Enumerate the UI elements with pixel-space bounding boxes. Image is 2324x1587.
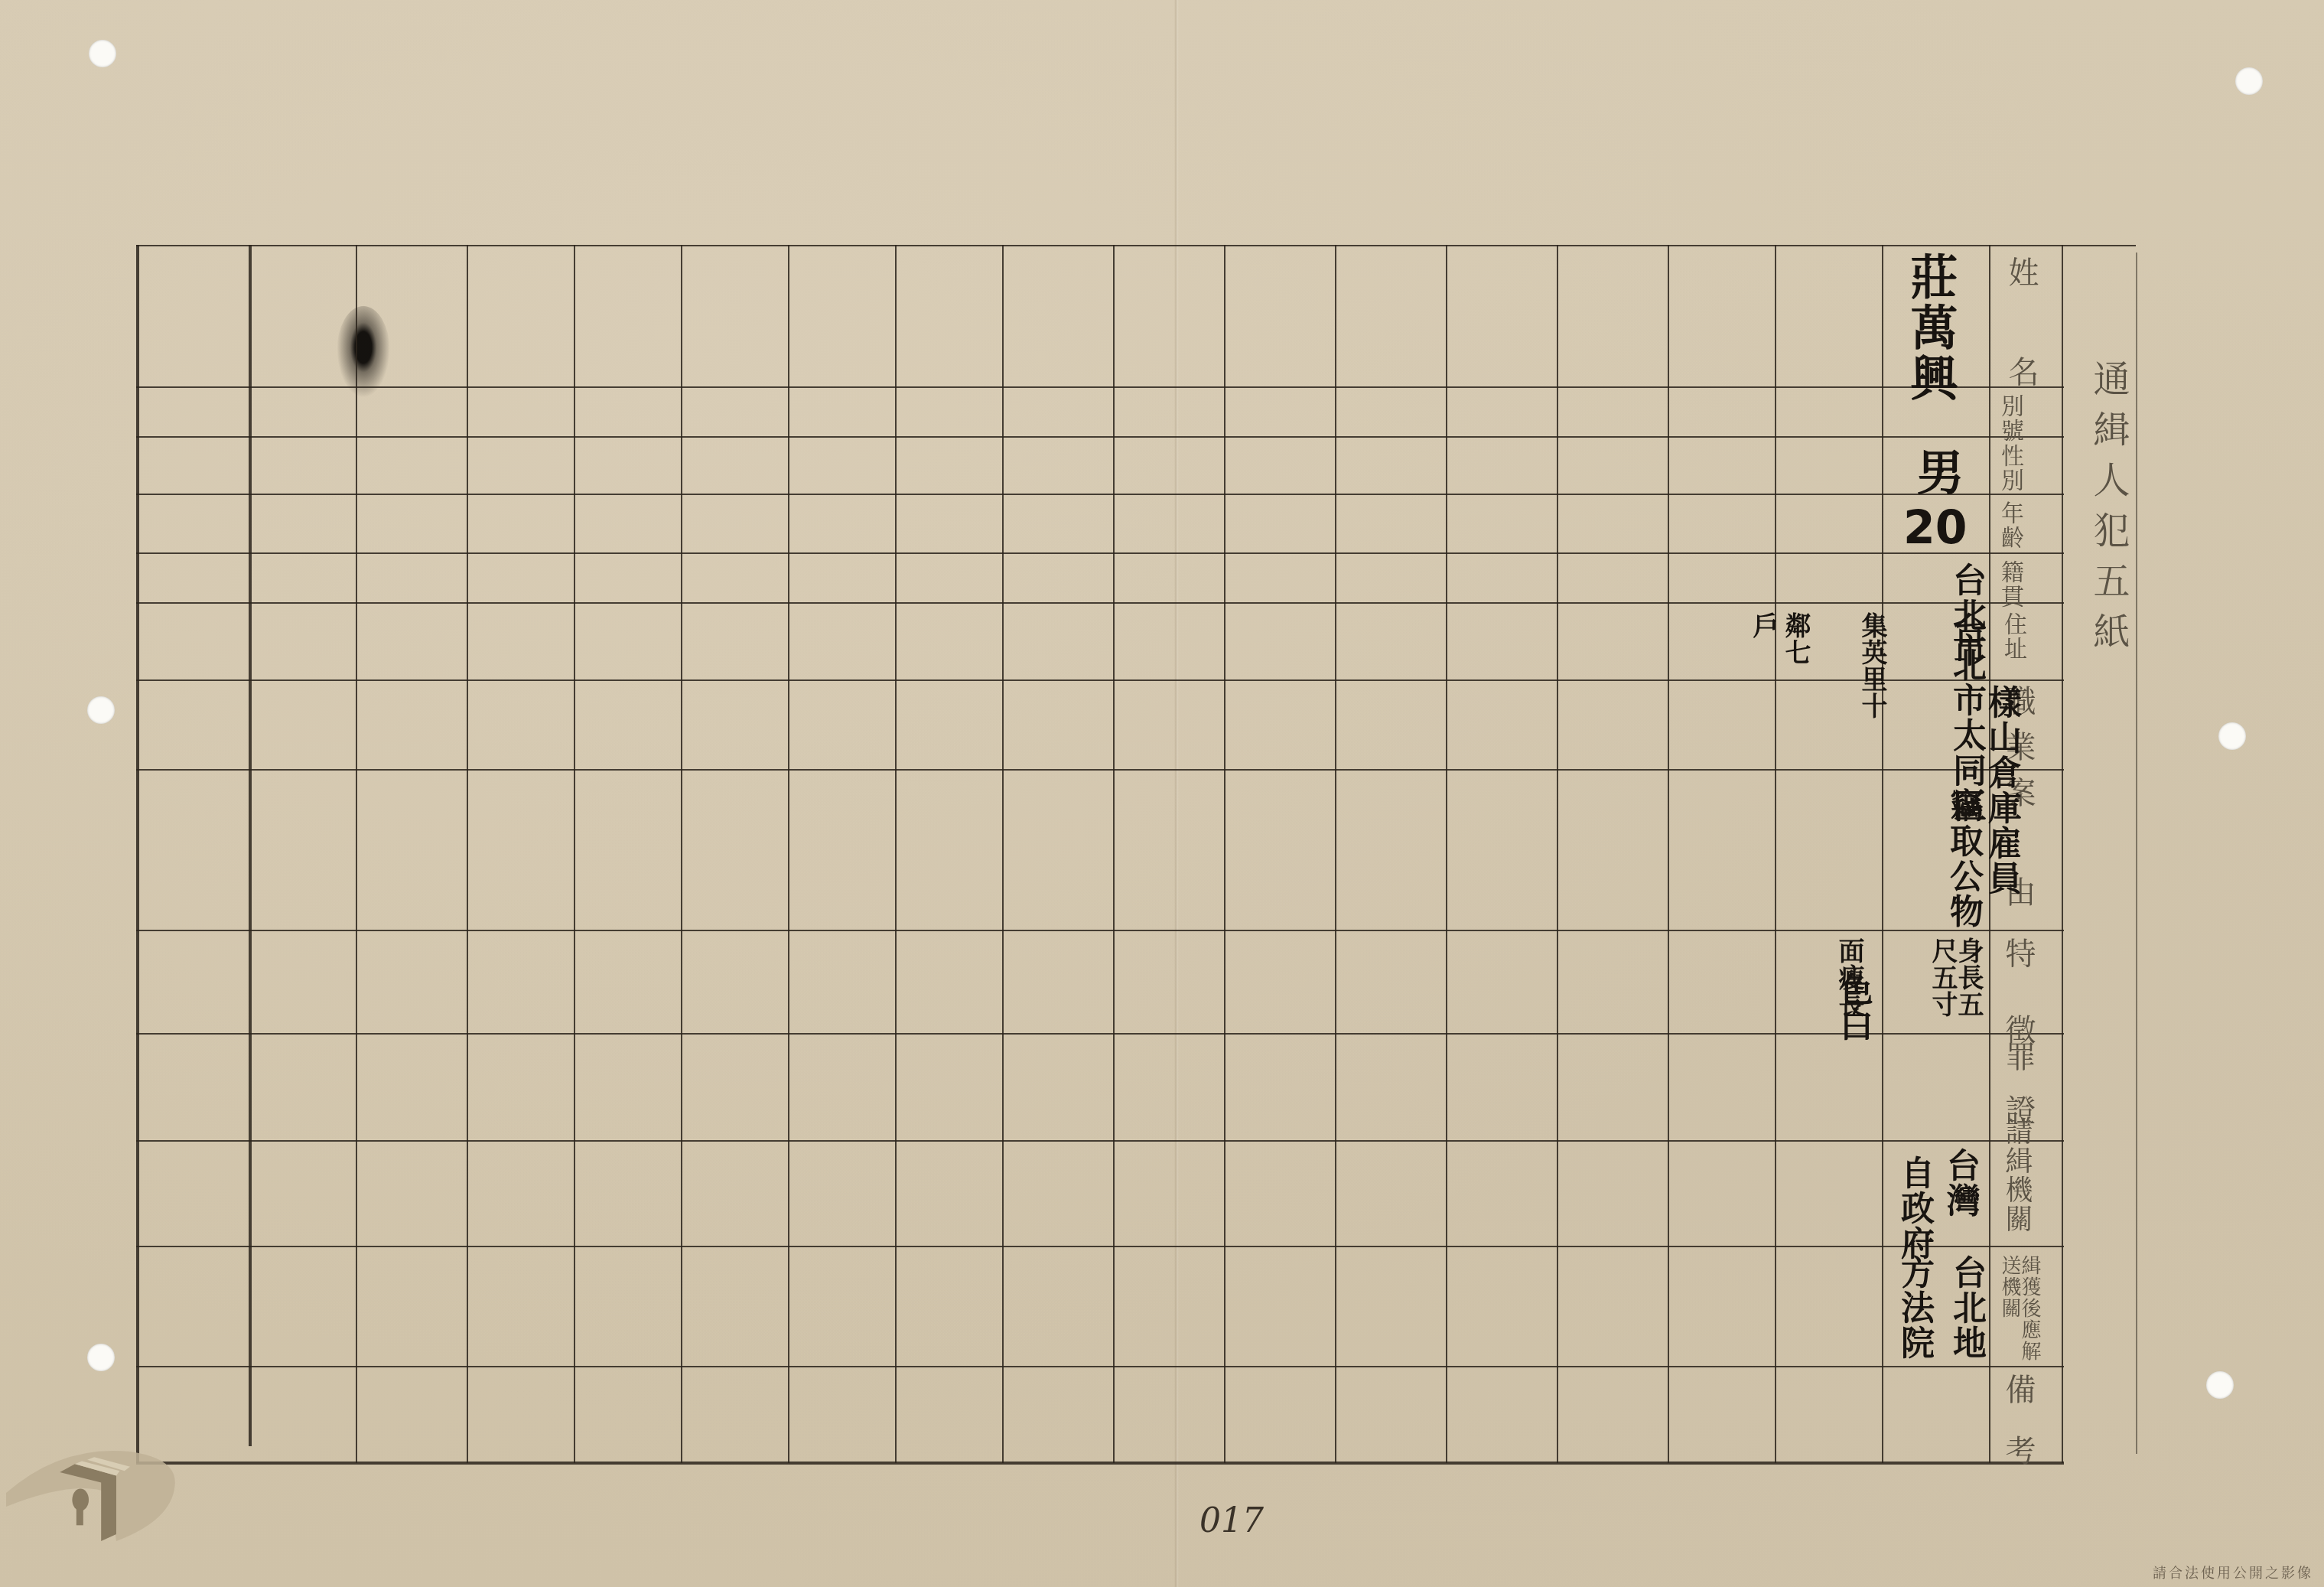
record-sex: 男 (1912, 448, 1960, 498)
center-fold (1174, 0, 1179, 1587)
record-residence-line: 鄰七 (1782, 612, 1808, 666)
record-features-line: 色白 (1836, 972, 1870, 1042)
record-features-line: 身長五尺五寸 (1882, 937, 1981, 1041)
watermark-text: 請合法使用公開之影像 (2153, 1563, 2313, 1582)
label-sex: 性別 (1998, 444, 2021, 493)
record-agency-line: 台灣 (1943, 1148, 1977, 1218)
archive-logo-icon (0, 1431, 191, 1569)
punch-hole (89, 40, 116, 67)
document-title: 通緝人犯五紙 (2090, 360, 2127, 663)
punch-hole (87, 696, 115, 724)
record-agency-line: 方法院 (1897, 1255, 1931, 1361)
punch-hole (2206, 1371, 2234, 1399)
grid-right-border (2136, 253, 2137, 1454)
ink-stain (337, 306, 390, 398)
punch-hole (2218, 722, 2246, 750)
page-number: 017 (1199, 1501, 1264, 1540)
grid-left-border (136, 245, 139, 1463)
label-residence: 住址 (2001, 612, 2024, 661)
punch-hole (2235, 67, 2263, 95)
punch-hole (87, 1344, 115, 1371)
record-residence-line: 戶 (1750, 612, 1776, 639)
label-delivery-agency: 緝獲後應解送機關 (1994, 1255, 2039, 1362)
record-age: 20 (1903, 505, 1968, 551)
grid-left-inner-border (249, 245, 252, 1446)
label-alias: 別號 (1998, 394, 2021, 443)
label-native-place: 籍貫 (1998, 560, 2021, 609)
record-residence-line: 集英里十 (1859, 612, 1885, 719)
record-agency-line: 台北地 (1949, 1255, 1983, 1361)
label-requesting-agency: 請緝機關 (2003, 1117, 2030, 1233)
label-remarks: 備考 (2003, 1374, 2033, 1496)
label-age: 年齡 (1998, 501, 2021, 550)
record-name: 莊萬興 (1906, 253, 1954, 404)
grid-top-border (136, 245, 2136, 246)
record-agency-line: 自政府 (1897, 1155, 1931, 1261)
record-case-reason: 竊取公物 (1888, 788, 1980, 941)
